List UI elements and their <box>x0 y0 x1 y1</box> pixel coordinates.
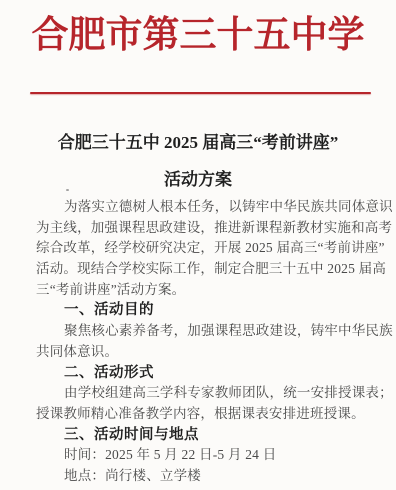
section-body-line: 共同体意识。 <box>36 342 380 363</box>
section-place-line: 地点：尚行楼、立学楼 <box>36 466 380 487</box>
document-title-line1: 合肥三十五中 2025 届高三“考前讲座” <box>0 128 396 153</box>
section-heading-purpose: 一、活动目的 <box>36 300 380 321</box>
intro-line: 活动。现结合学校实际工作，制定合肥三十五中 2025 届高 <box>36 259 380 280</box>
letterhead-school-name: 合肥市第三十五中学 <box>0 8 396 64</box>
section-heading-format: 二、活动形式 <box>36 363 380 384</box>
scan-speck <box>66 189 69 191</box>
document-body: 为落实立德树人根本任务，以铸牢中华民族共同体意识 为主线，加强课程思政建设，推进… <box>36 197 380 487</box>
intro-line: 三“考前讲座”活动方案。 <box>36 280 380 301</box>
intro-line: 为主线，加强课程思政建设，推进新课程新教材实施和高考 <box>36 218 380 239</box>
section-time-line: 时间：2025 年 5 月 22 日-5 月 24 日 <box>36 445 380 466</box>
section-body-line: 聚焦核心素养备考，加强课程思政建设，铸牢中华民族 <box>36 321 380 342</box>
document-title-line2: 活动方案 <box>0 165 396 190</box>
intro-line: 综合改革，经学校研究决定，开展 2025 届高三“考前讲座” <box>36 238 380 259</box>
document-page: 合肥市第三十五中学 合肥三十五中 2025 届高三“考前讲座” 活动方案 为落实… <box>0 0 396 490</box>
letterhead-divider-line <box>30 92 371 94</box>
section-heading-time-place: 三、活动时间与地点 <box>36 425 380 446</box>
section-body-line: 由学校组建高三学科专家教师团队，统一安排授课表； <box>36 383 380 404</box>
intro-line: 为落实立德树人根本任务，以铸牢中华民族共同体意识 <box>36 197 380 218</box>
section-body-line: 授课教师精心准备教学内容，根据课表安排进班授课。 <box>36 404 380 425</box>
